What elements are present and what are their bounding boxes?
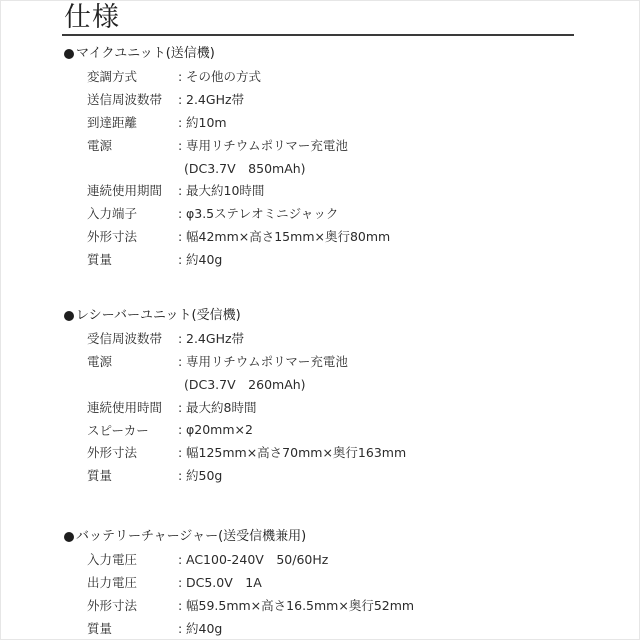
spec-row: 電源 :専用リチウムポリマー充電池 [64,350,584,373]
spec-label: 電源 [87,136,178,154]
spec-value: :専用リチウムポリマー充電池 [178,352,584,370]
spec-label: 質量 [87,619,178,637]
spec-row: 外形寸法 :幅42mm×高さ15mm×奥行80mm [64,225,584,248]
spec-row: 質量 :約40g [64,616,584,639]
bullet-icon [64,311,74,321]
spec-row: スピーカー :φ20mm×2 [64,418,584,441]
spec-value: :DC5.0V 1A [178,573,584,591]
spec-row: 送信周波数帯 :2.4GHz帯 [64,88,584,111]
spec-row: 外形寸法 :幅59.5mm×高さ16.5mm×奥行52mm [64,594,584,617]
section-title: マイクユニット(送信機) [76,45,215,63]
spec-value: :最大約10時間 [178,181,584,199]
spec-label: 送信周波数帯 [87,90,178,108]
section-heading: マイクユニット(送信機) [64,43,584,65]
spec-value: :φ3.5ステレオミニジャック [178,204,584,222]
spec-value: :幅59.5mm×高さ16.5mm×奥行52mm [178,596,584,614]
spec-value: (DC3.7V 850mAh) [178,159,584,177]
spec-row: 連続使用時間 :最大約8時間 [64,395,584,418]
spec-row-continuation: (DC3.7V 260mAh) [64,373,584,396]
spec-row: 入力端子 :φ3.5ステレオミニジャック [64,202,584,225]
spec-row: 受信周波数帯 :2.4GHz帯 [64,327,584,350]
spec-value: :約50g [178,466,584,484]
spec-row: 到達距離 :約10m [64,111,584,134]
spec-value: :約40g [178,619,584,637]
spec-label: 受信周波数帯 [87,329,178,347]
spec-row: 電源 :専用リチウムポリマー充電池 [64,133,584,156]
section-title: バッテリーチャージャー(送受信機兼用) [76,528,306,546]
spec-row: 変調方式 :その他の方式 [64,65,584,88]
spec-value: (DC3.7V 260mAh) [178,375,584,393]
spec-label: 外形寸法 [87,227,178,245]
spec-label: 到達距離 [87,113,178,131]
spec-label: 質量 [87,250,178,268]
spec-value: :約40g [178,250,584,268]
spec-value: :AC100-240V 50/60Hz [178,550,584,568]
spec-value: :2.4GHz帯 [178,329,584,347]
spec-row: 出力電圧 :DC5.0V 1A [64,571,584,594]
spec-label: 変調方式 [87,67,178,85]
section-title: レシーバーユニット(受信機) [76,307,241,325]
page-title: 仕様 [64,2,120,34]
spec-label: 連続使用時間 [87,398,178,416]
spec-value: :約10m [178,113,584,131]
bullet-icon [64,532,74,542]
spec-value: :最大約8時間 [178,398,584,416]
spec-label: 電源 [87,352,178,370]
title-underline [62,34,574,36]
spec-label: 出力電圧 [87,573,178,591]
spec-label: 質量 [87,466,178,484]
section-battery-charger: バッテリーチャージャー(送受信機兼用) 入力電圧 :AC100-240V 50/… [64,526,584,639]
spec-row-continuation: (DC3.7V 850mAh) [64,156,584,179]
section-mic-unit: マイクユニット(送信機) 変調方式 :その他の方式 送信周波数帯 :2.4GHz… [64,43,584,270]
spec-label: スピーカー [87,421,178,439]
spec-label: 外形寸法 [87,443,178,461]
spec-row: 質量 :約50g [64,464,584,487]
spec-row: 質量 :約40g [64,247,584,270]
spec-label: 入力端子 [87,204,178,222]
spec-label: 入力電圧 [87,550,178,568]
section-receiver-unit: レシーバーユニット(受信機) 受信周波数帯 :2.4GHz帯 電源 :専用リチウ… [64,305,584,487]
section-heading: レシーバーユニット(受信機) [64,305,584,327]
spec-value: :幅42mm×高さ15mm×奥行80mm [178,227,584,245]
spec-value: :2.4GHz帯 [178,90,584,108]
spec-label: 外形寸法 [87,596,178,614]
spec-value: :幅125mm×高さ70mm×奥行163mm [178,443,584,461]
spec-label: 連続使用期間 [87,181,178,199]
spec-value: :その他の方式 [178,67,584,85]
spec-value: :専用リチウムポリマー充電池 [178,136,584,154]
spec-value: :φ20mm×2 [178,422,584,437]
section-heading: バッテリーチャージャー(送受信機兼用) [64,526,584,548]
bullet-icon [64,49,74,59]
spec-row: 連続使用期間 :最大約10時間 [64,179,584,202]
spec-row: 入力電圧 :AC100-240V 50/60Hz [64,548,584,571]
spec-row: 外形寸法 :幅125mm×高さ70mm×奥行163mm [64,441,584,464]
